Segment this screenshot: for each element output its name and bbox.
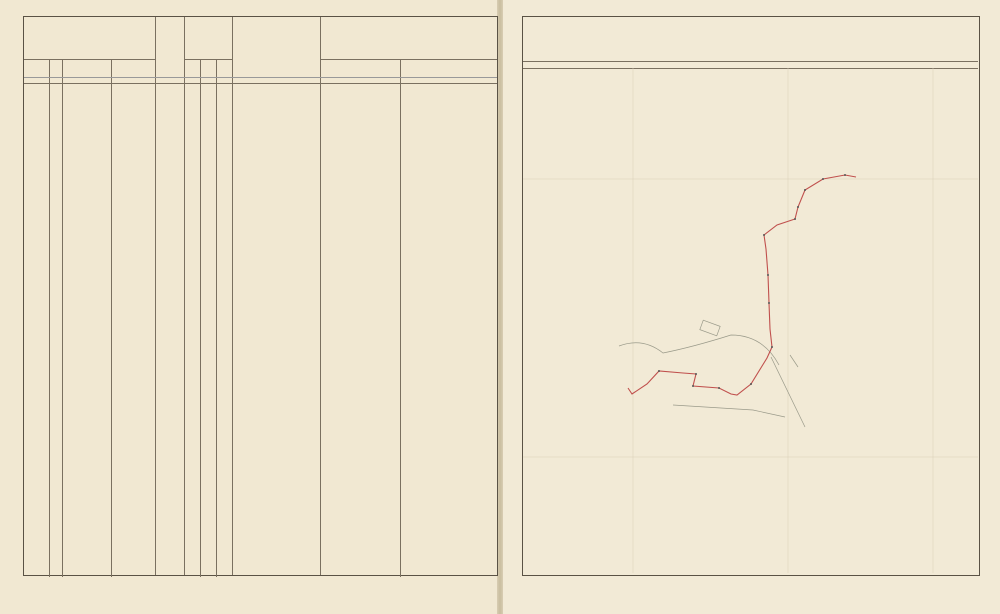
boundary-marks-table [23,16,498,576]
boundary-map [523,17,978,573]
map-frame [522,16,980,576]
